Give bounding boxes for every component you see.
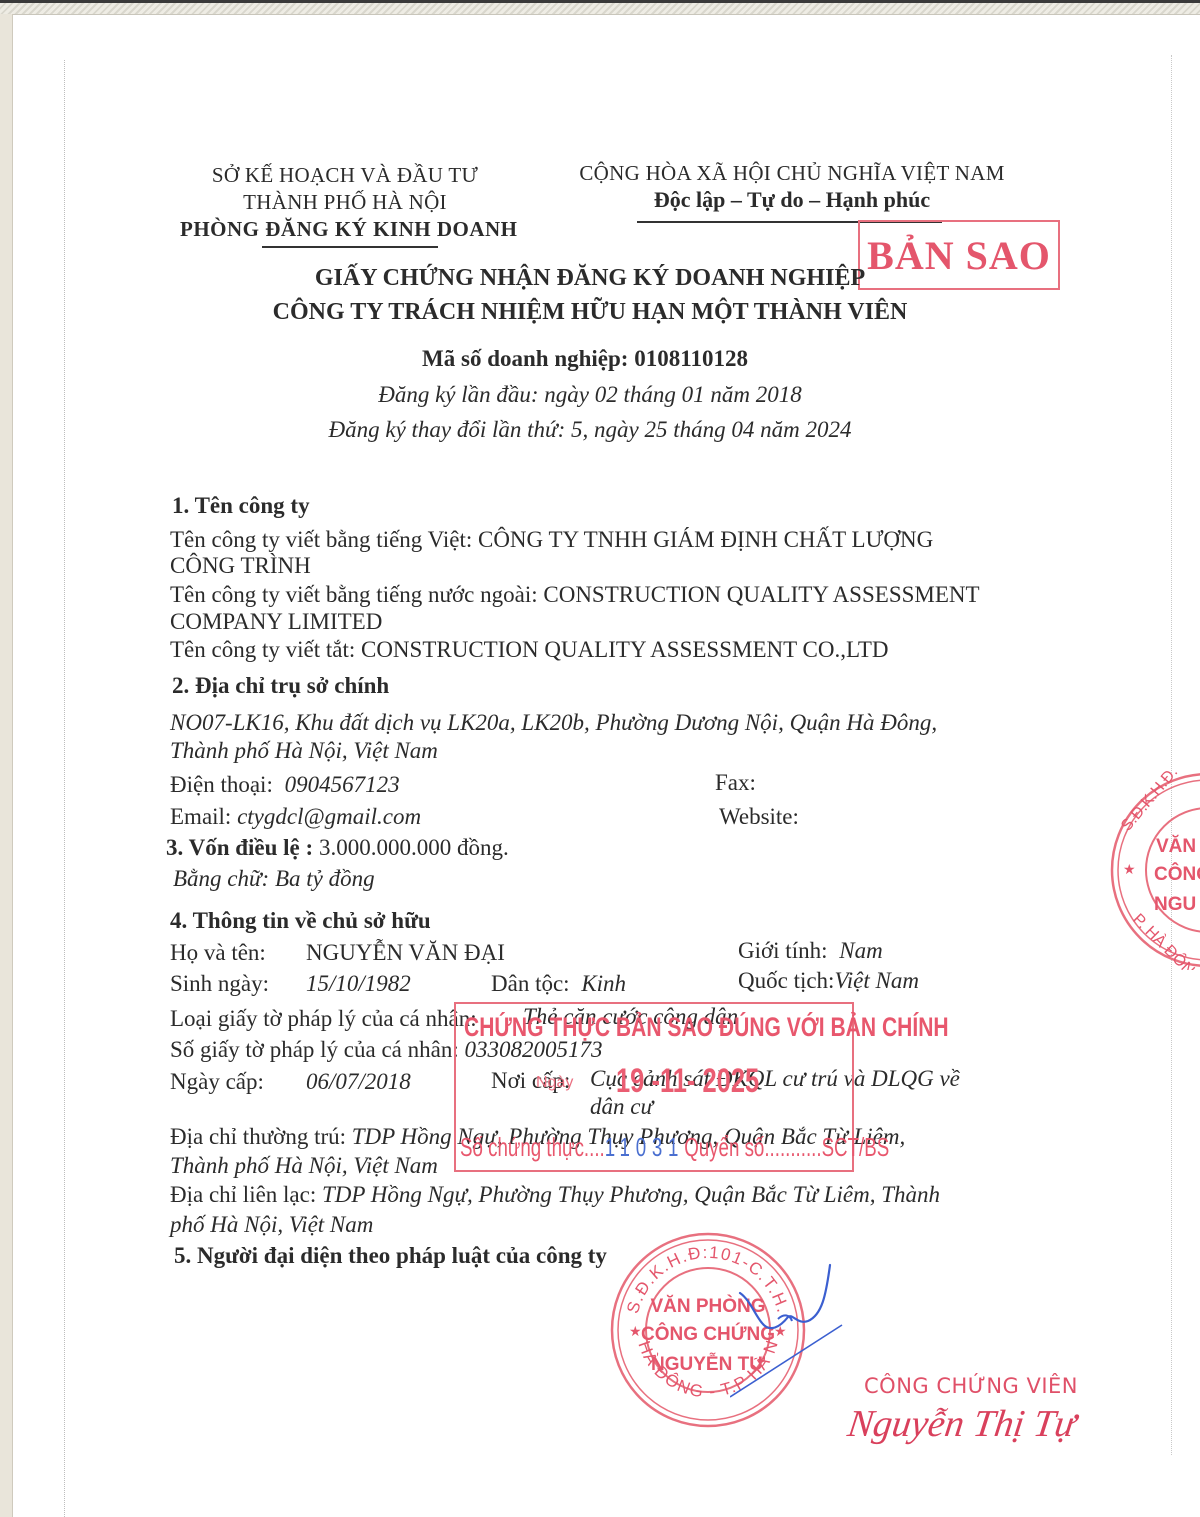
svg-text:NGU: NGU — [1154, 894, 1196, 915]
notary-seal-partial: ★ VĂN CÔNG NGU S.Đ.K.H.Đ: P. HÀ ĐÔN — [1108, 770, 1200, 970]
header-motto: Độc lập – Tự do – Hạnh phúc — [568, 187, 1016, 213]
dob-label: Sinh ngày: — [170, 971, 269, 997]
notary-signature-name: Nguyễn Thị Tự — [845, 1402, 1079, 1446]
vn-name-row: Tên công ty viết bằng tiếng Việt: CÔNG T… — [170, 527, 933, 553]
section3-heading: 3. Vốn điều lệ : — [166, 835, 313, 860]
document-title: GIẤY CHỨNG NHẬN ĐĂNG KÝ DOANH NGHIỆP — [240, 265, 940, 292]
issue-date-value: 06/07/2018 — [306, 1069, 411, 1095]
company-type: CÔNG TY TRÁCH NHIỆM HỮU HẠN MỘT THÀNH VI… — [225, 299, 955, 326]
phone-row: Điện thoại: 0904567123 — [170, 772, 400, 798]
svg-text:CÔNG: CÔNG — [1154, 863, 1200, 885]
charter-capital-value: 3.000.000.000 đồng. — [319, 835, 509, 860]
head-office-address-line1: NO07-LK16, Khu đất dịch vụ LK20a, LK20b,… — [170, 710, 937, 736]
section4-heading: 4. Thông tin về chủ sở hữu — [170, 908, 431, 934]
nationality-row: Quốc tịch:Việt Nam — [738, 968, 919, 994]
contact-address-row: Địa chỉ liên lạc: TDP Hồng Ngự, Phường T… — [170, 1182, 940, 1208]
email-row: Email: ctygdcl@gmail.com — [170, 804, 421, 830]
capital-in-words-label: Bằng chữ: — [173, 866, 269, 891]
header-agency-line2: THÀNH PHỐ HÀ NỘI — [185, 190, 505, 215]
phone-value: 0904567123 — [285, 772, 400, 797]
email-value: ctygdcl@gmail.com — [237, 804, 421, 829]
dob-value: 15/10/1982 — [306, 971, 411, 997]
foreign-name-value-cont: COMPANY LIMITED — [170, 609, 382, 635]
contact-address-value: TDP Hồng Ngự, Phường Thụy Phương, Quận B… — [322, 1182, 940, 1207]
certification-serial-number: 11031 — [605, 1132, 684, 1162]
header-country: CỘNG HÒA XÃ HỘI CHỦ NGHĨA VIỆT NAM — [568, 161, 1016, 186]
capital-in-words-row: Bằng chữ: Ba tỷ đồng — [173, 866, 375, 892]
fax-label: Fax: — [715, 770, 756, 796]
certification-stamp-title: CHỨNG THỰC BẢN SAO ĐÚNG VỚI BẢN CHÍNH — [464, 1012, 949, 1043]
foreign-name-label: Tên công ty viết bằng tiếng nước ngoài: — [170, 582, 538, 607]
foreign-name-value: CONSTRUCTION QUALITY ASSESSMENT — [543, 582, 979, 607]
issue-date-label: Ngày cấp: — [170, 1069, 264, 1095]
gender-row: Giới tính: Nam — [738, 938, 883, 964]
svg-text:P. HÀ ĐÔN: P. HÀ ĐÔN — [1129, 909, 1199, 970]
section2-heading: 2. Địa chỉ trụ sở chính — [172, 673, 389, 699]
permanent-address-label: Địa chỉ thường trú: — [170, 1124, 346, 1149]
head-office-address-line2: Thành phố Hà Nội, Việt Nam — [170, 738, 438, 764]
id-number-label: Số giấy tờ pháp lý của cá nhân: — [170, 1037, 459, 1062]
certification-book-label: Quyển số — [684, 1132, 764, 1162]
svg-text:★: ★ — [1123, 863, 1136, 878]
gender-label: Giới tính: — [738, 938, 827, 963]
nationality-value: Việt Nam — [834, 968, 919, 993]
website-label: Website: — [719, 804, 799, 830]
enterprise-code: Mã số doanh nghiệp: 0108110128 — [330, 346, 840, 372]
svg-text:S.Đ.K.H.Đ:: S.Đ.K.H.Đ: — [1118, 770, 1181, 835]
contact-address-value-cont: phố Hà Nội, Việt Nam — [170, 1212, 373, 1238]
vn-name-value: CÔNG TY TNHH GIÁM ĐỊNH CHẤT LƯỢNG — [478, 527, 933, 552]
vn-name-label: Tên công ty viết bằng tiếng Việt: — [170, 527, 472, 552]
ethnicity-row: Dân tộc: Kinh — [491, 971, 626, 997]
owner-name-label: Họ và tên: — [170, 940, 266, 966]
foreign-name-row: Tên công ty viết bằng tiếng nước ngoài: … — [170, 582, 980, 608]
short-name-row: Tên công ty viết tắt: CONSTRUCTION QUALI… — [170, 637, 889, 663]
header-agency-line3: PHÒNG ĐĂNG KÝ KINH DOANH — [180, 217, 510, 242]
signature-icon — [730, 1255, 860, 1405]
ethnicity-label: Dân tộc: — [491, 971, 570, 996]
svg-text:VĂN: VĂN — [1156, 835, 1196, 857]
header-agency-line1: SỞ KẾ HOẠCH VÀ ĐẦU TƯ — [185, 163, 505, 188]
id-type-label: Loại giấy tờ pháp lý của cá nhân: — [170, 1006, 477, 1032]
phone-label: Điện thoại: — [170, 772, 273, 797]
ethnicity-value: Kinh — [581, 971, 626, 996]
contact-address-label: Địa chỉ liên lạc: — [170, 1182, 316, 1207]
notary-title: CÔNG CHỨNG VIÊN — [864, 1374, 1078, 1398]
seal-star-left-icon: ★ — [629, 1325, 642, 1340]
charter-capital-row: 3. Vốn điều lệ : 3.000.000.000 đồng. — [166, 835, 509, 861]
certification-serial-label: Số chứng thực — [460, 1132, 584, 1162]
certification-stamp: CHỨNG THỰC BẢN SAO ĐÚNG VỚI BẢN CHÍNH Ng… — [454, 1002, 854, 1172]
nationality-label: Quốc tịch: — [738, 968, 834, 993]
certification-date-label: Ngày — [536, 1074, 573, 1092]
short-name-label: Tên công ty viết tắt: — [170, 637, 355, 662]
document-content: SỞ KẾ HOẠCH VÀ ĐẦU TƯ THÀNH PHỐ HÀ NỘI P… — [0, 0, 1200, 1517]
gender-value: Nam — [839, 938, 882, 963]
owner-name-value: NGUYỄN VĂN ĐẠI — [306, 940, 505, 966]
capital-in-words-value: Ba tỷ đồng — [275, 866, 375, 891]
short-name-value: CONSTRUCTION QUALITY ASSESSMENT CO.,LTD — [361, 637, 889, 662]
amendment-registration: Đăng ký thay đổi lần thứ: 5, ngày 25 thá… — [270, 417, 910, 443]
section5-heading: 5. Người đại diện theo pháp luật của côn… — [174, 1243, 607, 1269]
header-left-underline — [262, 246, 438, 248]
section1-heading: 1. Tên công ty — [172, 493, 310, 519]
first-registration-date: Đăng ký lần đầu: ngày 02 tháng 01 năm 20… — [300, 382, 880, 408]
permanent-address-value-cont: Thành phố Hà Nội, Việt Nam — [170, 1153, 438, 1179]
certification-book-suffix: SCT/BS — [822, 1132, 890, 1162]
vn-name-value-cont: CÔNG TRÌNH — [170, 553, 311, 579]
certification-serial-row: Số chứng thực....11031Quyển số..........… — [460, 1132, 889, 1163]
certification-date: 19 -11- 2025 — [616, 1062, 759, 1101]
email-label: Email: — [170, 804, 231, 829]
